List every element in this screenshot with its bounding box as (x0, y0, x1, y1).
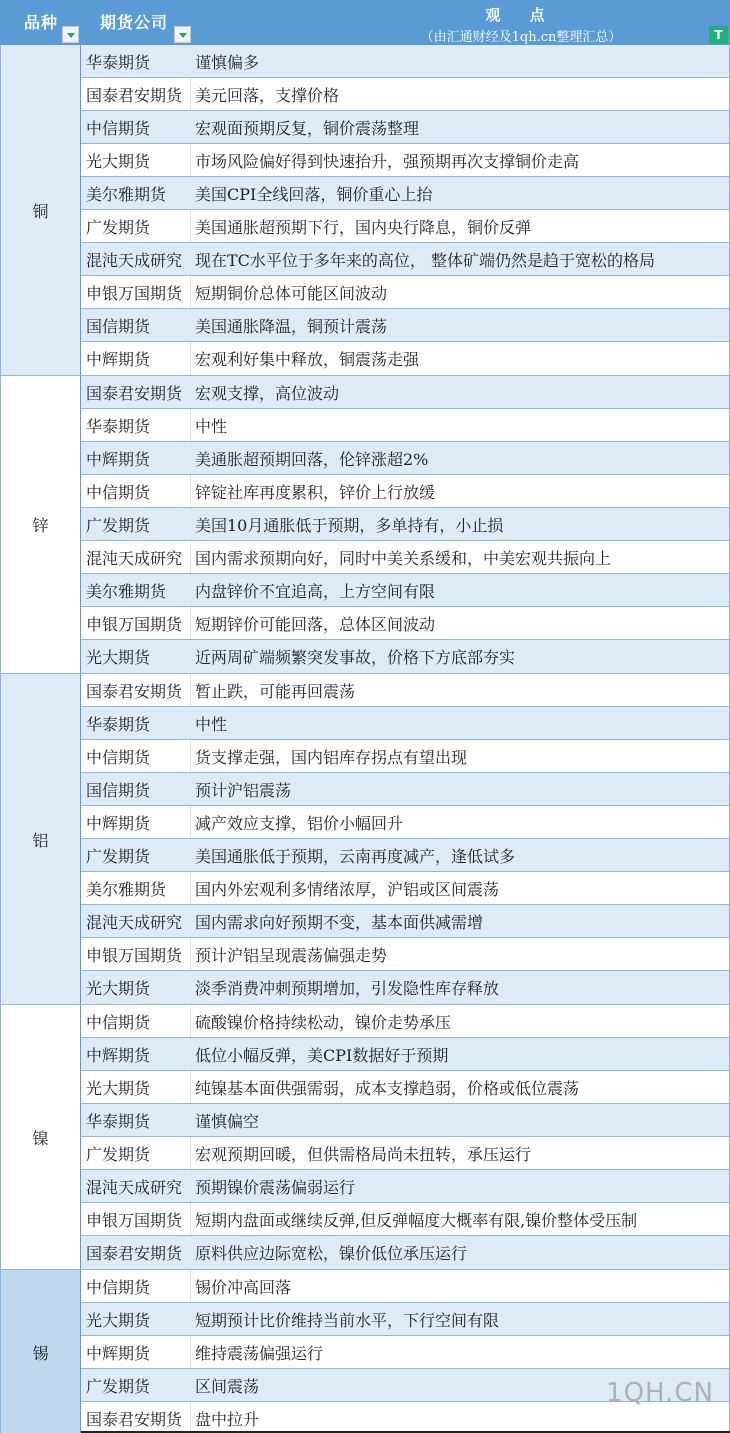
company-cell: 中辉期货 (81, 1038, 191, 1070)
table-row[interactable]: 中信期货货支撑走强，国内铝库存拐点有望出现 (81, 740, 730, 773)
table-row[interactable]: 美尔雅期货国内外宏观利多情绪浓厚，沪铝或区间震荡 (81, 872, 730, 905)
view-cell: 美国通胀超预期下行，国内央行降息，铜价反弹 (191, 215, 531, 238)
company-cell: 光大期货 (81, 971, 191, 1004)
header-variety-label: 品种 (24, 10, 58, 33)
company-cell: 混沌天成研究 (81, 541, 191, 573)
view-cell: 锡价冲高回落 (191, 1275, 291, 1298)
table-row[interactable]: 光大期货近两周矿端频繁突发事故，价格下方底部夯实 (81, 640, 730, 673)
header-variety: 品种 (0, 0, 82, 45)
table-row[interactable]: 广发期货美国通胀超预期下行，国内央行降息，铜价反弹 (81, 210, 730, 243)
table-row[interactable]: 广发期货宏观预期回暖，但供需格局尚未扭转，承压运行 (81, 1137, 730, 1170)
table-row[interactable]: 光大期货短期预计比价维持当前水平，下行空间有限 (81, 1303, 730, 1336)
view-cell: 短期预计比价维持当前水平，下行空间有限 (191, 1308, 499, 1331)
table-row[interactable]: 混沌天成研究国内需求向好预期不变，基本面供减需增 (81, 905, 730, 938)
variety-cell: 铝 (0, 674, 81, 1004)
view-cell: 区间震荡 (191, 1374, 259, 1397)
table-row[interactable]: 华泰期货中性 (81, 409, 730, 442)
company-cell: 申银万国期货 (81, 607, 191, 639)
table-row[interactable]: 申银万国期货预计沪铝呈现震荡偏强走势 (81, 938, 730, 971)
company-cell: 华泰期货 (81, 707, 191, 739)
view-cell: 预期镍价震荡偏弱运行 (191, 1175, 355, 1198)
table-row[interactable]: 中辉期货维持震荡偏强运行 (81, 1336, 730, 1369)
variety-cell: 锡 (0, 1270, 81, 1433)
view-cell: 暂止跌，可能再回震荡 (191, 679, 355, 702)
company-cell: 国泰君安期货 (81, 674, 191, 706)
company-cell: 广发期货 (81, 508, 191, 540)
view-cell: 谨慎偏多 (191, 50, 259, 73)
view-cell: 短期铜价总体可能区间波动 (191, 281, 387, 304)
view-cell: 中性 (191, 414, 227, 437)
view-cell: 减产效应支撑，铝价小幅回升 (191, 811, 403, 834)
company-cell: 光大期货 (81, 640, 191, 673)
company-cell: 光大期货 (81, 1071, 191, 1103)
company-cell: 中信期货 (81, 1005, 191, 1037)
view-cell: 国内需求向好预期不变，基本面供减需增 (191, 910, 483, 933)
company-cell: 美尔雅期货 (81, 872, 191, 904)
company-cell: 混沌天成研究 (81, 1170, 191, 1202)
company-cell: 华泰期货 (81, 1104, 191, 1136)
header-view-subtitle: （由汇通财经及1qh.cn整理汇总） (192, 26, 730, 45)
watermark-logo: 1QH.CN (606, 1378, 714, 1408)
variety-cell: 铜 (0, 45, 81, 375)
view-cell: 美国CPI全线回落，铜价重心上抬 (191, 182, 432, 205)
table-row[interactable]: 中信期货锌锭社库再度累积，锌价上行放缓 (81, 475, 730, 508)
table-row[interactable]: 光大期货纯镍基本面供强需弱，成本支撑趋弱，价格或低位震荡 (81, 1071, 730, 1104)
company-cell: 光大期货 (81, 1303, 191, 1335)
company-cell: 混沌天成研究 (81, 243, 191, 275)
table-row[interactable]: 混沌天成研究国内需求预期向好，同时中美关系缓和，中美宏观共振向上 (81, 541, 730, 574)
view-cell: 盘中拉升 (191, 1407, 259, 1430)
view-cell: 纯镍基本面供强需弱，成本支撑趋弱，价格或低位震荡 (191, 1076, 579, 1099)
table-row[interactable]: 中辉期货减产效应支撑，铝价小幅回升 (81, 806, 730, 839)
view-cell: 宏观支撑，高位波动 (191, 381, 339, 404)
header-view-title: 观 点 (192, 4, 730, 25)
table-row[interactable]: 国泰君安期货美元回落，支撑价格 (81, 78, 730, 111)
view-cell: 硫酸镍价格持续松动，镍价走势承压 (191, 1010, 451, 1033)
view-cell: 淡季消费冲刺预期增加，引发隐性库存释放 (191, 976, 499, 999)
view-cell: 谨慎偏空 (191, 1109, 259, 1132)
company-cell: 混沌天成研究 (81, 905, 191, 937)
company-cell: 华泰期货 (81, 409, 191, 441)
table-row[interactable]: 广发期货美国10月通胀低于预期，多单持有，小止损 (81, 508, 730, 541)
view-cell: 预计沪铝呈现震荡偏强走势 (191, 943, 387, 966)
table-row[interactable]: 美尔雅期货内盘锌价不宜追高，上方空间有限 (81, 574, 730, 607)
view-cell: 现在TC水平位于多年来的高位， 整体矿端仍然是趋于宽松的格局 (191, 248, 655, 271)
view-cell: 中性 (191, 712, 227, 735)
company-cell: 中辉期货 (81, 1336, 191, 1368)
company-cell: 美尔雅期货 (81, 574, 191, 606)
view-cell: 预计沪铝震荡 (191, 778, 291, 801)
table-header: 品种 期货公司 观 点 （由汇通财经及1qh.cn整理汇总） T (0, 0, 730, 45)
view-cell: 近两周矿端频繁突发事故，价格下方底部夯实 (191, 645, 515, 668)
table-row[interactable]: 华泰期货中性 (81, 707, 730, 740)
table-row[interactable]: 中信期货硫酸镍价格持续松动，镍价走势承压 (81, 1005, 730, 1038)
table-row[interactable]: 光大期货市场风险偏好得到快速抬升，强预期再次支撑铜价走高 (81, 144, 730, 177)
table-row[interactable]: 国信期货预计沪铝震荡 (81, 773, 730, 806)
table-row[interactable]: 中辉期货低位小幅反弹，美CPI数据好于预期 (81, 1038, 730, 1071)
company-cell: 华泰期货 (81, 45, 191, 77)
company-cell: 中信期货 (81, 111, 191, 143)
company-cell: 广发期货 (81, 1369, 191, 1401)
table-row[interactable]: 国泰君安期货原料供应边际宽松，镍价低位承压运行 (81, 1236, 730, 1269)
view-cell: 短期内盘面或继续反弹,但反弹幅度大概率有限,镍价整体受压制 (191, 1208, 637, 1231)
company-cell: 光大期货 (81, 144, 191, 176)
view-cell: 低位小幅反弹，美CPI数据好于预期 (191, 1043, 448, 1066)
view-cell: 美元回落，支撑价格 (191, 83, 339, 106)
header-view: 观 点 （由汇通财经及1qh.cn整理汇总） T (192, 0, 730, 45)
header-company-label: 期货公司 (100, 10, 168, 33)
variety-group: 锌国泰君安期货宏观支撑，高位波动华泰期货中性中辉期货美通胀超预期回落，伦锌涨超2… (0, 376, 730, 674)
company-cell: 广发期货 (81, 210, 191, 242)
company-cell: 中辉期货 (81, 442, 191, 474)
table-row[interactable]: 国泰君安期货暂止跌，可能再回震荡 (81, 674, 730, 707)
view-cell: 美国通胀低于预期，云南再度减产，逢低试多 (191, 844, 515, 867)
view-cell: 货支撑走强，国内铝库存拐点有望出现 (191, 745, 467, 768)
view-cell: 宏观预期回暖，但供需格局尚未扭转，承压运行 (191, 1142, 531, 1165)
company-cell: 中辉期货 (81, 806, 191, 838)
table-row[interactable]: 国信期货美国通胀降温，铜预计震荡 (81, 309, 730, 342)
view-cell: 美国通胀降温，铜预计震荡 (191, 314, 387, 337)
view-cell: 美通胀超预期回落，伦锌涨超2% (191, 447, 428, 470)
company-cell: 国信期货 (81, 309, 191, 341)
variety-cell: 镍 (0, 1005, 81, 1269)
company-cell: 美尔雅期货 (81, 177, 191, 209)
company-cell: 国泰君安期货 (81, 1402, 191, 1433)
variety-group: 锡中信期货锡价冲高回落光大期货短期预计比价维持当前水平，下行空间有限中辉期货维持… (0, 1270, 730, 1433)
table-row[interactable]: 国泰君安期货宏观支撑，高位波动 (81, 376, 730, 409)
table-row[interactable]: 中辉期货宏观利好集中释放，铜震荡走强 (81, 342, 730, 375)
table-row[interactable]: 中辉期货美通胀超预期回落，伦锌涨超2% (81, 442, 730, 475)
table-row[interactable]: 混沌天成研究现在TC水平位于多年来的高位， 整体矿端仍然是趋于宽松的格局 (81, 243, 730, 276)
company-cell: 国泰君安期货 (81, 78, 191, 110)
view-cell: 宏观利好集中释放，铜震荡走强 (191, 347, 419, 370)
company-cell: 广发期货 (81, 839, 191, 871)
table-row[interactable]: 中信期货宏观面预期反复，铜价震荡整理 (81, 111, 730, 144)
company-cell: 申银万国期货 (81, 1203, 191, 1235)
table-row[interactable]: 广发期货美国通胀低于预期，云南再度减产，逢低试多 (81, 839, 730, 872)
table-row[interactable]: 光大期货淡季消费冲刺预期增加，引发隐性库存释放 (81, 971, 730, 1004)
company-cell: 广发期货 (81, 1137, 191, 1169)
view-cell: 锌锭社库再度累积，锌价上行放缓 (191, 480, 435, 503)
variety-group: 铝国泰君安期货暂止跌，可能再回震荡华泰期货中性中信期货货支撑走强，国内铝库存拐点… (0, 674, 730, 1005)
table-row[interactable]: 中信期货锡价冲高回落 (81, 1270, 730, 1303)
variety-group: 铜华泰期货谨慎偏多国泰君安期货美元回落，支撑价格中信期货宏观面预期反复，铜价震荡… (0, 45, 730, 376)
company-cell: 中信期货 (81, 475, 191, 507)
futures-opinion-table: 铜华泰期货谨慎偏多国泰君安期货美元回落，支撑价格中信期货宏观面预期反复，铜价震荡… (0, 45, 730, 1433)
view-cell: 市场风险偏好得到快速抬升，强预期再次支撑铜价走高 (191, 149, 579, 172)
company-cell: 国信期货 (81, 773, 191, 805)
company-cell: 中信期货 (81, 1270, 191, 1302)
variety-filter-dropdown-icon[interactable] (62, 26, 79, 43)
company-cell: 中辉期货 (81, 342, 191, 375)
view-cell: 维持震荡偏强运行 (191, 1341, 323, 1364)
table-row[interactable]: 混沌天成研究预期镍价震荡偏弱运行 (81, 1170, 730, 1203)
view-cell: 美国10月通胀低于预期，多单持有，小止损 (191, 513, 503, 536)
table-row[interactable]: 美尔雅期货美国CPI全线回落，铜价重心上抬 (81, 177, 730, 210)
company-cell: 国泰君安期货 (81, 376, 191, 408)
active-filter-icon[interactable]: T (709, 26, 728, 44)
view-cell: 短期锌价可能回落，总体区间波动 (191, 612, 435, 635)
view-cell: 宏观面预期反复，铜价震荡整理 (191, 116, 419, 139)
view-cell: 内盘锌价不宜追高，上方空间有限 (191, 579, 435, 602)
table-row[interactable]: 申银万国期货短期铜价总体可能区间波动 (81, 276, 730, 309)
variety-cell: 锌 (0, 376, 81, 673)
header-company: 期货公司 (82, 0, 192, 45)
table-row[interactable]: 华泰期货谨慎偏空 (81, 1104, 730, 1137)
table-row[interactable]: 申银万国期货短期锌价可能回落，总体区间波动 (81, 607, 730, 640)
company-cell: 中信期货 (81, 740, 191, 772)
company-cell: 国泰君安期货 (81, 1236, 191, 1269)
table-row[interactable]: 申银万国期货短期内盘面或继续反弹,但反弹幅度大概率有限,镍价整体受压制 (81, 1203, 730, 1236)
view-cell: 国内外宏观利多情绪浓厚，沪铝或区间震荡 (191, 877, 499, 900)
company-cell: 申银万国期货 (81, 938, 191, 970)
company-filter-dropdown-icon[interactable] (174, 26, 191, 43)
view-cell: 原料供应边际宽松，镍价低位承压运行 (191, 1241, 467, 1264)
variety-group: 镍中信期货硫酸镍价格持续松动，镍价走势承压中辉期货低位小幅反弹，美CPI数据好于… (0, 1005, 730, 1270)
table-row[interactable]: 华泰期货谨慎偏多 (81, 45, 730, 78)
company-cell: 申银万国期货 (81, 276, 191, 308)
view-cell: 国内需求预期向好，同时中美关系缓和，中美宏观共振向上 (191, 546, 611, 569)
